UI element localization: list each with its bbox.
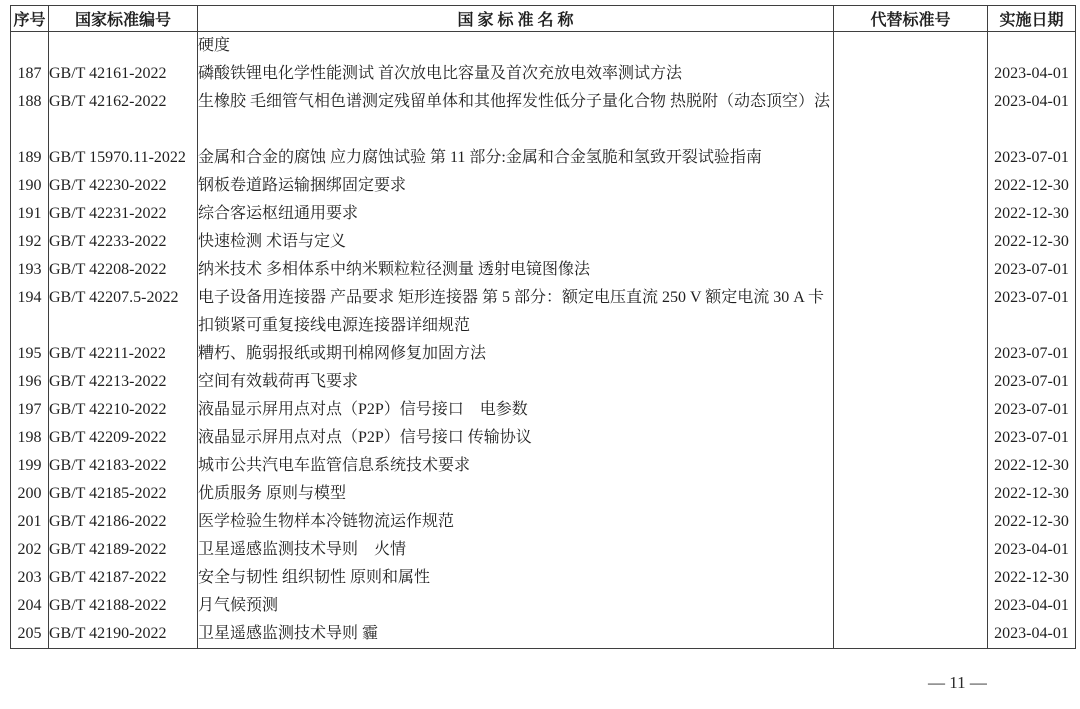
header-replaced-standard: 代替标准号 xyxy=(834,6,988,32)
cell-serial-number xyxy=(11,32,49,61)
cell-replaced-standard xyxy=(834,340,988,368)
cell-standard-name: 卫星遥感监测技术导则 火情 xyxy=(198,536,834,564)
table-row: 200 GB/T 42185-2022 优质服务 原则与模型 2022-12-3… xyxy=(11,480,1076,508)
table-row: 191 GB/T 42231-2022 综合客运枢纽通用要求 2022-12-3… xyxy=(11,200,1076,228)
cell-standard-name: 医学检验生物样本冷链物流运作规范 xyxy=(198,508,834,536)
cell-standard-code: GB/T 42162-2022 xyxy=(49,88,198,144)
cell-implementation-date: 2023-04-01 xyxy=(988,60,1076,88)
cell-standard-name: 硬度 xyxy=(198,32,834,61)
cell-serial-number: 194 xyxy=(11,284,49,340)
cell-implementation-date: 2023-04-01 xyxy=(988,592,1076,620)
table-row: 201 GB/T 42186-2022 医学检验生物样本冷链物流运作规范 202… xyxy=(11,508,1076,536)
cell-replaced-standard xyxy=(834,172,988,200)
cell-standard-code: GB/T 42231-2022 xyxy=(49,200,198,228)
cell-replaced-standard xyxy=(834,88,988,144)
cell-standard-name: 卫星遥感监测技术导则 霾 xyxy=(198,620,834,649)
cell-replaced-standard xyxy=(834,536,988,564)
table-row: 190 GB/T 42230-2022 钢板卷道路运输捆绑固定要求 2022-1… xyxy=(11,172,1076,200)
header-implementation-date: 实施日期 xyxy=(988,6,1076,32)
cell-replaced-standard xyxy=(834,284,988,340)
cell-implementation-date: 2022-12-30 xyxy=(988,480,1076,508)
standards-table: 序号 国家标准编号 国 家 标 准 名 称 代替标准号 实施日期 硬度 187 … xyxy=(10,5,1076,649)
cell-serial-number: 187 xyxy=(11,60,49,88)
cell-serial-number: 188 xyxy=(11,88,49,144)
cell-replaced-standard xyxy=(834,228,988,256)
table-row: 203 GB/T 42187-2022 安全与韧性 组织韧性 原则和属性 202… xyxy=(11,564,1076,592)
table-row: 195 GB/T 42211-2022 糟朽、脆弱报纸或期刊棉网修复加固方法 2… xyxy=(11,340,1076,368)
cell-standard-name: 月气候预测 xyxy=(198,592,834,620)
cell-serial-number: 203 xyxy=(11,564,49,592)
cell-implementation-date: 2022-12-30 xyxy=(988,228,1076,256)
cell-serial-number: 193 xyxy=(11,256,49,284)
cell-implementation-date: 2023-07-01 xyxy=(988,256,1076,284)
cell-replaced-standard xyxy=(834,256,988,284)
cell-standard-name: 金属和合金的腐蚀 应力腐蚀试验 第 11 部分:金属和合金氢脆和氢致开裂试验指南 xyxy=(198,144,834,172)
cell-replaced-standard xyxy=(834,452,988,480)
cell-standard-code: GB/T 42189-2022 xyxy=(49,536,198,564)
table-row: 硬度 xyxy=(11,32,1076,61)
cell-implementation-date: 2022-12-30 xyxy=(988,452,1076,480)
cell-replaced-standard xyxy=(834,200,988,228)
cell-serial-number: 199 xyxy=(11,452,49,480)
cell-standard-name: 糟朽、脆弱报纸或期刊棉网修复加固方法 xyxy=(198,340,834,368)
table-row: 188 GB/T 42162-2022 生橡胶 毛细管气相色谱测定残留单体和其他… xyxy=(11,88,1076,144)
cell-standard-name: 综合客运枢纽通用要求 xyxy=(198,200,834,228)
header-serial-number: 序号 xyxy=(11,6,49,32)
cell-implementation-date: 2023-07-01 xyxy=(988,144,1076,172)
cell-implementation-date: 2023-04-01 xyxy=(988,536,1076,564)
document-page: 序号 国家标准编号 国 家 标 准 名 称 代替标准号 实施日期 硬度 187 … xyxy=(0,0,1080,709)
cell-standard-code: GB/T 42186-2022 xyxy=(49,508,198,536)
cell-serial-number: 197 xyxy=(11,396,49,424)
cell-implementation-date: 2022-12-30 xyxy=(988,172,1076,200)
cell-serial-number: 202 xyxy=(11,536,49,564)
cell-standard-code: GB/T 42161-2022 xyxy=(49,60,198,88)
cell-standard-code: GB/T 42187-2022 xyxy=(49,564,198,592)
cell-implementation-date: 2023-04-01 xyxy=(988,620,1076,649)
header-standard-code: 国家标准编号 xyxy=(49,6,198,32)
cell-implementation-date: 2023-07-01 xyxy=(988,368,1076,396)
cell-serial-number: 205 xyxy=(11,620,49,649)
cell-replaced-standard xyxy=(834,32,988,61)
cell-serial-number: 189 xyxy=(11,144,49,172)
cell-standard-name: 空间有效载荷再飞要求 xyxy=(198,368,834,396)
cell-replaced-standard xyxy=(834,396,988,424)
cell-serial-number: 200 xyxy=(11,480,49,508)
page-number: — 11 — xyxy=(928,673,987,693)
cell-serial-number: 204 xyxy=(11,592,49,620)
table-row: 199 GB/T 42183-2022 城市公共汽电车监管信息系统技术要求 20… xyxy=(11,452,1076,480)
cell-serial-number: 192 xyxy=(11,228,49,256)
cell-replaced-standard xyxy=(834,144,988,172)
cell-replaced-standard xyxy=(834,592,988,620)
cell-implementation-date: 2022-12-30 xyxy=(988,508,1076,536)
header-row: 序号 国家标准编号 国 家 标 准 名 称 代替标准号 实施日期 xyxy=(11,6,1076,32)
cell-replaced-standard xyxy=(834,424,988,452)
cell-standard-code: GB/T 42190-2022 xyxy=(49,620,198,649)
cell-implementation-date: 2022-12-30 xyxy=(988,564,1076,592)
cell-replaced-standard xyxy=(834,620,988,649)
cell-serial-number: 196 xyxy=(11,368,49,396)
standards-table-body: 硬度 187 GB/T 42161-2022 磷酸铁锂电化学性能测试 首次放电比… xyxy=(11,32,1076,649)
cell-implementation-date: 2023-07-01 xyxy=(988,340,1076,368)
table-row: 194 GB/T 42207.5-2022 电子设备用连接器 产品要求 矩形连接… xyxy=(11,284,1076,340)
cell-implementation-date xyxy=(988,32,1076,61)
cell-standard-name: 城市公共汽电车监管信息系统技术要求 xyxy=(198,452,834,480)
cell-standard-code: GB/T 42188-2022 xyxy=(49,592,198,620)
cell-standard-name: 磷酸铁锂电化学性能测试 首次放电比容量及首次充放电效率测试方法 xyxy=(198,60,834,88)
table-row: 189 GB/T 15970.11-2022 金属和合金的腐蚀 应力腐蚀试验 第… xyxy=(11,144,1076,172)
cell-standard-name: 钢板卷道路运输捆绑固定要求 xyxy=(198,172,834,200)
cell-implementation-date: 2023-04-01 xyxy=(988,88,1076,144)
cell-standard-code: GB/T 42207.5-2022 xyxy=(49,284,198,340)
cell-serial-number: 191 xyxy=(11,200,49,228)
table-row: 193 GB/T 42208-2022 纳米技术 多相体系中纳米颗粒粒径测量 透… xyxy=(11,256,1076,284)
cell-standard-name: 液晶显示屏用点对点（P2P）信号接口 电参数 xyxy=(198,396,834,424)
cell-standard-code: GB/T 42183-2022 xyxy=(49,452,198,480)
cell-serial-number: 195 xyxy=(11,340,49,368)
cell-implementation-date: 2023-07-01 xyxy=(988,284,1076,340)
table-row: 187 GB/T 42161-2022 磷酸铁锂电化学性能测试 首次放电比容量及… xyxy=(11,60,1076,88)
header-standard-name: 国 家 标 准 名 称 xyxy=(198,6,834,32)
cell-standard-code: GB/T 42209-2022 xyxy=(49,424,198,452)
cell-standard-code xyxy=(49,32,198,61)
table-row: 196 GB/T 42213-2022 空间有效载荷再飞要求 2023-07-0… xyxy=(11,368,1076,396)
cell-standard-code: GB/T 42208-2022 xyxy=(49,256,198,284)
table-row: 197 GB/T 42210-2022 液晶显示屏用点对点（P2P）信号接口 电… xyxy=(11,396,1076,424)
cell-standard-code: GB/T 42213-2022 xyxy=(49,368,198,396)
cell-standard-name: 生橡胶 毛细管气相色谱测定残留单体和其他挥发性低分子量化合物 热脱附（动态顶空）… xyxy=(198,88,834,144)
cell-standard-name: 优质服务 原则与模型 xyxy=(198,480,834,508)
cell-standard-code: GB/T 42185-2022 xyxy=(49,480,198,508)
cell-standard-code: GB/T 42211-2022 xyxy=(49,340,198,368)
cell-standard-code: GB/T 42230-2022 xyxy=(49,172,198,200)
standards-table-header: 序号 国家标准编号 国 家 标 准 名 称 代替标准号 实施日期 xyxy=(11,6,1076,32)
cell-implementation-date: 2022-12-30 xyxy=(988,200,1076,228)
cell-serial-number: 190 xyxy=(11,172,49,200)
cell-standard-name: 快速检测 术语与定义 xyxy=(198,228,834,256)
table-row: 192 GB/T 42233-2022 快速检测 术语与定义 2022-12-3… xyxy=(11,228,1076,256)
cell-replaced-standard xyxy=(834,60,988,88)
cell-replaced-standard xyxy=(834,508,988,536)
cell-standard-code: GB/T 42233-2022 xyxy=(49,228,198,256)
cell-standard-code: GB/T 15970.11-2022 xyxy=(49,144,198,172)
cell-standard-name: 安全与韧性 组织韧性 原则和属性 xyxy=(198,564,834,592)
cell-standard-name: 液晶显示屏用点对点（P2P）信号接口 传输协议 xyxy=(198,424,834,452)
table-row: 202 GB/T 42189-2022 卫星遥感监测技术导则 火情 2023-0… xyxy=(11,536,1076,564)
table-row: 204 GB/T 42188-2022 月气候预测 2023-04-01 xyxy=(11,592,1076,620)
cell-standard-code: GB/T 42210-2022 xyxy=(49,396,198,424)
cell-standard-name: 纳米技术 多相体系中纳米颗粒粒径测量 透射电镜图像法 xyxy=(198,256,834,284)
cell-implementation-date: 2023-07-01 xyxy=(988,396,1076,424)
table-row: 205 GB/T 42190-2022 卫星遥感监测技术导则 霾 2023-04… xyxy=(11,620,1076,649)
cell-serial-number: 198 xyxy=(11,424,49,452)
table-row: 198 GB/T 42209-2022 液晶显示屏用点对点（P2P）信号接口 传… xyxy=(11,424,1076,452)
cell-replaced-standard xyxy=(834,368,988,396)
cell-replaced-standard xyxy=(834,480,988,508)
cell-serial-number: 201 xyxy=(11,508,49,536)
cell-replaced-standard xyxy=(834,564,988,592)
cell-implementation-date: 2023-07-01 xyxy=(988,424,1076,452)
cell-standard-name: 电子设备用连接器 产品要求 矩形连接器 第 5 部分：额定电压直流 250 V … xyxy=(198,284,834,340)
